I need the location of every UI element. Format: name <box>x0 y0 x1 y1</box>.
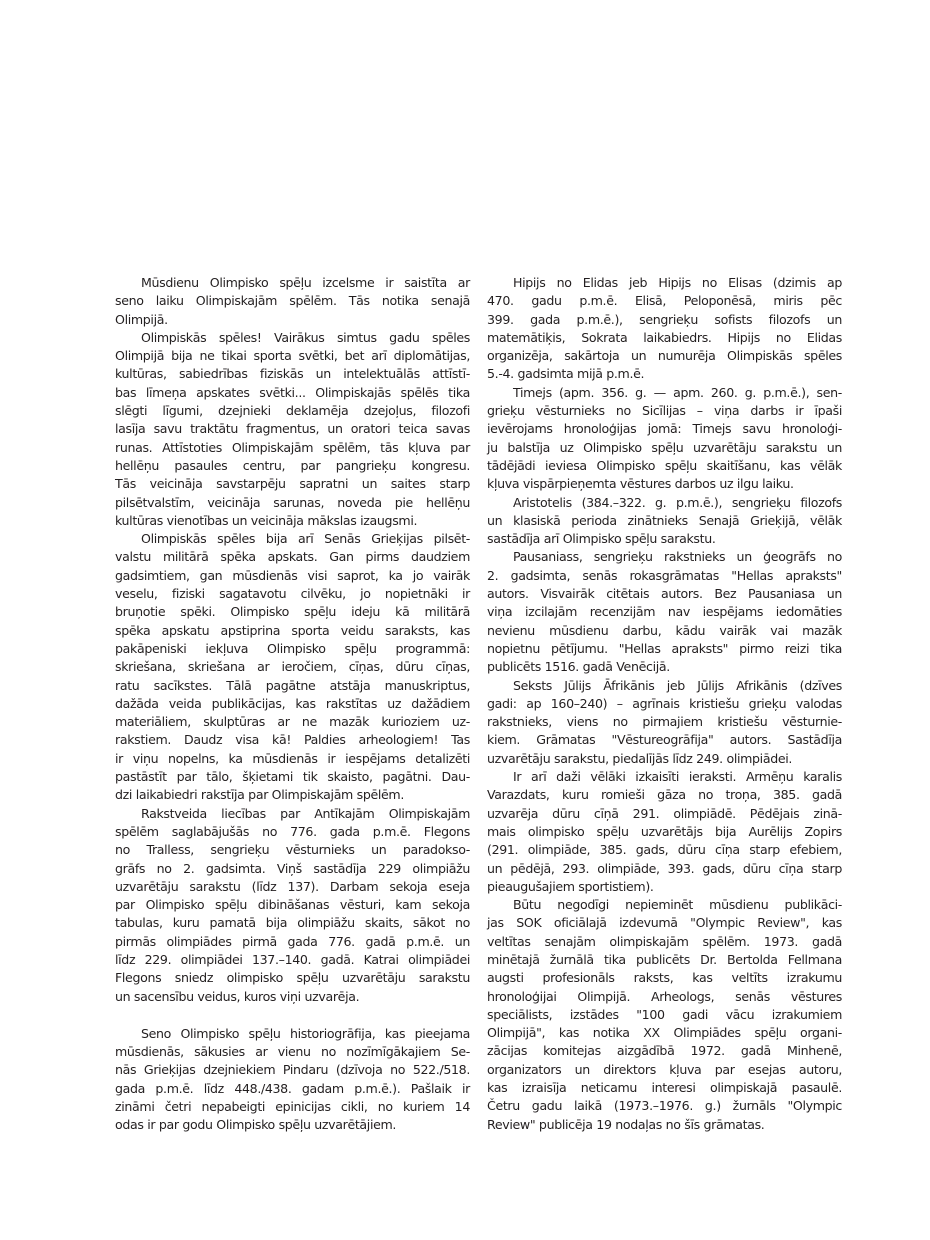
text-line: 399. gada p.m.ē.), sengrieķu sofists fil… <box>487 311 842 329</box>
text-line: minētajā žurnālā tika publicēts Dr. Bert… <box>487 951 842 969</box>
text-line: Olimpiskās spēles bija arī Senās Grieķij… <box>115 530 470 548</box>
text-line: autors. Visvairāk citētais autors. Bez P… <box>487 585 842 603</box>
text-line: kultūras, sabiedrības fiziskās un intele… <box>115 365 470 383</box>
text-line: ju balstīja uz Olimpisko spēļu uzvarētāj… <box>487 439 842 457</box>
text-line: Rakstveida liecības par Antīkajām Olimpi… <box>115 805 470 823</box>
text-line: un pēdējā, 293. olimpiāde, 393. gads, dū… <box>487 860 842 878</box>
text-line: publicēts 1516. gadā Venēcijā. <box>487 658 842 676</box>
text-line: Četru gadu laikā (1973.–1976. g.) žurnāl… <box>487 1097 842 1115</box>
text-line: hellēņu pasaules centru, par pangrieķu k… <box>115 457 470 475</box>
text-line: augsti profesionāls raksts, kas veltīts … <box>487 969 842 987</box>
text-line: nopietnu pētījumu. "Hellas apraksts" pir… <box>487 640 842 658</box>
text-line: tādējādi ieviesa Olimpisko spēļu skaitīš… <box>487 457 842 475</box>
paragraph: Olimpiskās spēles! Vairākus simtus gadu … <box>115 329 470 530</box>
text-line: 5.-4. gadsimta mijā p.m.ē. <box>487 365 842 383</box>
text-line: Seno Olimpisko spēļu historiogrāfija, ka… <box>115 1025 470 1043</box>
text-line: rakstnieks, viens no pirmajiem kristiešu… <box>487 713 842 731</box>
text-line: grāfs no 2. gadsimta. Viņš sastādīja 229… <box>115 860 470 878</box>
text-line: uzvarētāju sarakstu, piedalījās līdz 249… <box>487 750 842 768</box>
text-line: grieķu vēsturnieks no Sicīlijas – viņa d… <box>487 402 842 420</box>
text-line: gada p.m.ē. līdz 448./438. gadam p.m.ē.)… <box>115 1080 470 1098</box>
text-line: hronoloģijai Olimpijā. Arheologs, senās … <box>487 988 842 1006</box>
paragraph-spacer <box>115 1006 470 1025</box>
text-line: pakāpeniski iekļuva Olimpisko spēļu prog… <box>115 640 470 658</box>
text-line: Olimpijā. <box>115 311 470 329</box>
text-line: un klasiskā perioda zinātnieks Senajā Gr… <box>487 512 842 530</box>
text-line: uzvarētāju sarakstu (līdz 137). Darbam s… <box>115 878 470 896</box>
text-line: seno laiku Olimpiskajām spēlēm. Tās noti… <box>115 292 470 310</box>
text-line: Mūsdienu Olimpisko spēļu izcelsme ir sai… <box>115 274 470 292</box>
text-line: līdz 229. olimpiādei 137.–140. gadā. Kat… <box>115 951 470 969</box>
text-line: viņa izcilajām recenzijām nav iespējams … <box>487 603 842 621</box>
text-line: veselu, fiziski sagatavotu cilvēku, jo n… <box>115 585 470 603</box>
text-line: spēlēm saglabājušās no 776. gada p.m.ē. … <box>115 823 470 841</box>
text-line: sastādīja arī Olimpisko spēļu sarakstu. <box>487 530 842 548</box>
text-line: veltītas senajām olimpiskajām spēlēm. 19… <box>487 933 842 951</box>
text-line: organizators un direktors kļuva par esej… <box>487 1061 842 1079</box>
text-line: bas līmeņa apskates svētki... Olimpiskaj… <box>115 384 470 402</box>
text-line: ratu sacīkstes. Tālā pagātne atstāja man… <box>115 677 470 695</box>
text-line: no Tralless, sengrieķu vēsturnieks un pa… <box>115 841 470 859</box>
paragraph: Seksts Jūlijs Āfrikānis jeb Jūlijs Afrik… <box>487 677 842 768</box>
text-line: tabulas, kuru pamatā bija olimpiāžu skai… <box>115 914 470 932</box>
text-line: rakstiem. Daudz visa kā! Paldies arheolo… <box>115 731 470 749</box>
text-line: Būtu negodīgi nepieminēt mūsdienu publik… <box>487 896 842 914</box>
text-line: valstu militārā spēka apskats. Gan pirms… <box>115 548 470 566</box>
text-line: ievērojams hronoloģijas jomā: Timejs sav… <box>487 420 842 438</box>
text-line: dzi laikabiedri rakstīja par Olimpiskajā… <box>115 786 470 804</box>
paragraph: Hipijs no Elidas jeb Hipijs no Elisas (d… <box>487 274 842 384</box>
text-line: ir viņu nopelns, ka mūsdienās ir iespēja… <box>115 750 470 768</box>
text-line: zināmi četri nepabeigti epinicijas cikli… <box>115 1098 470 1116</box>
text-line: nās Grieķijas dzejniekiem Pindaru (dzīvo… <box>115 1061 470 1079</box>
text-line: bruņotie spēki. Olimpisko spēļu ideju kā… <box>115 603 470 621</box>
text-line: gadsimtiem, gan mūsdienās visi saprot, k… <box>115 567 470 585</box>
right-column: Hipijs no Elidas jeb Hipijs no Elisas (d… <box>487 274 842 1134</box>
paragraph: Pausaniass, sengrieķu rakstnieks un ģeog… <box>487 548 842 676</box>
text-line: (291. olimpiāde, 385. gads, dūru cīņa st… <box>487 841 842 859</box>
paragraph: Būtu negodīgi nepieminēt mūsdienu publik… <box>487 896 842 1134</box>
text-line: Olimpijā", kas notika XX Olimpiādes spēļ… <box>487 1024 842 1042</box>
text-line: Olimpiskās spēles! Vairākus simtus gadu … <box>115 329 470 347</box>
text-line: par Olimpisko spēļu dibināšanas vēsturi,… <box>115 896 470 914</box>
text-line: 470. gadu p.m.ē. Elisā, Peloponēsā, miri… <box>487 292 842 310</box>
text-line: matemātiķis, Sokrata laikabiedrs. Hipijs… <box>487 329 842 347</box>
text-line: organizēja, sakārtoja un numurēja Olimpi… <box>487 347 842 365</box>
text-line: un sacensību veidus, kuros viņi uzvarēja… <box>115 988 470 1006</box>
text-line: dažāda veida publikācijas, kas rakstītas… <box>115 695 470 713</box>
text-line: pieaugušajiem sportistiem). <box>487 878 842 896</box>
text-line: Flegons sniedz olimpisko spēļu uzvarētāj… <box>115 969 470 987</box>
text-line: Pausaniass, sengrieķu rakstnieks un ģeog… <box>487 548 842 566</box>
text-line: runas. Attīstoties Olimpiskajām spēlēm, … <box>115 439 470 457</box>
text-line: zācijas komitejas aizgādībā 1972. gadā M… <box>487 1042 842 1060</box>
text-line: mūsdienās, sākusies ar vienu no nozīmīgā… <box>115 1043 470 1061</box>
text-line: nevienu mūsdienu darbu, kādu vairāk vai … <box>487 622 842 640</box>
text-line: mais olimpisko spēļu uzvarētājs bija Aur… <box>487 823 842 841</box>
document-page: Mūsdienu Olimpisko spēļu izcelsme ir sai… <box>0 0 930 1240</box>
text-line: slēgti līgumi, dzejnieki deklamēja dzejo… <box>115 402 470 420</box>
paragraph: Ir arī daži vēlāki izkaisīti ieraksti. A… <box>487 768 842 896</box>
text-line: materiāliem, skulptūras ar ne mazāk kuri… <box>115 713 470 731</box>
text-line: spēka apskatu apstiprina sporta veidu sa… <box>115 622 470 640</box>
text-line: Seksts Jūlijs Āfrikānis jeb Jūlijs Afrik… <box>487 677 842 695</box>
text-line: pirmās olimpiādes pirmā gada 776. gadā p… <box>115 933 470 951</box>
text-line: pilsētvalstīm, veicināja sarunas, noveda… <box>115 494 470 512</box>
text-line: jas SOK oficiālajā izdevumā "Olympic Rev… <box>487 914 842 932</box>
left-column: Mūsdienu Olimpisko spēļu izcelsme ir sai… <box>115 274 470 1134</box>
text-line: Review" publicēja 19 nodaļas no šīs grām… <box>487 1116 842 1134</box>
text-line: gadi: ap 160–240) – agrīnais kristiešu g… <box>487 695 842 713</box>
paragraph: Rakstveida liecības par Antīkajām Olimpi… <box>115 805 470 1006</box>
paragraph: Timejs (apm. 356. g. — apm. 260. g. p.m.… <box>487 384 842 494</box>
text-line: Tās veicināja savstarpēju sapratni un sa… <box>115 475 470 493</box>
text-line: speciālists, izstādes "100 gadi vācu izr… <box>487 1006 842 1024</box>
paragraph: Seno Olimpisko spēļu historiogrāfija, ka… <box>115 1025 470 1135</box>
text-line: pastāstīt par tālo, šķietami tik skaisto… <box>115 768 470 786</box>
paragraph: Olimpiskās spēles bija arī Senās Grieķij… <box>115 530 470 804</box>
text-line: lasīja savu traktātu fragmentus, un orat… <box>115 420 470 438</box>
text-line: Olimpijā bija ne tikai sporta svētki, be… <box>115 347 470 365</box>
text-line: uzvarēja dūru cīņā 291. olimpiādē. Pēdēj… <box>487 805 842 823</box>
text-line: Varazdats, kuru romieši gāza no troņa, 3… <box>487 786 842 804</box>
text-line: Hipijs no Elidas jeb Hipijs no Elisas (d… <box>487 274 842 292</box>
text-line: Timejs (apm. 356. g. — apm. 260. g. p.m.… <box>487 384 842 402</box>
text-line: 2. gadsimta, senās rokasgrāmatas "Hellas… <box>487 567 842 585</box>
text-line: kultūras vienotības un veicināja mākslas… <box>115 512 470 530</box>
paragraph: Mūsdienu Olimpisko spēļu izcelsme ir sai… <box>115 274 470 329</box>
text-line: kas izraisīja neticamu interesi olimpisk… <box>487 1079 842 1097</box>
paragraph: Aristotelis (384.–322. g. p.m.ē.), sengr… <box>487 494 842 549</box>
text-line: odas ir par godu Olimpisko spēļu uzvarēt… <box>115 1116 470 1134</box>
text-line: skriešana, skriešana ar ieročiem, cīņas,… <box>115 658 470 676</box>
text-line: kiem. Grāmatas "Vēstureogrāfija" autors.… <box>487 731 842 749</box>
text-line: Aristotelis (384.–322. g. p.m.ē.), sengr… <box>487 494 842 512</box>
text-line: Ir arī daži vēlāki izkaisīti ieraksti. A… <box>487 768 842 786</box>
text-line: kļuva vispārpieņemta vēstures darbos uz … <box>487 475 842 493</box>
